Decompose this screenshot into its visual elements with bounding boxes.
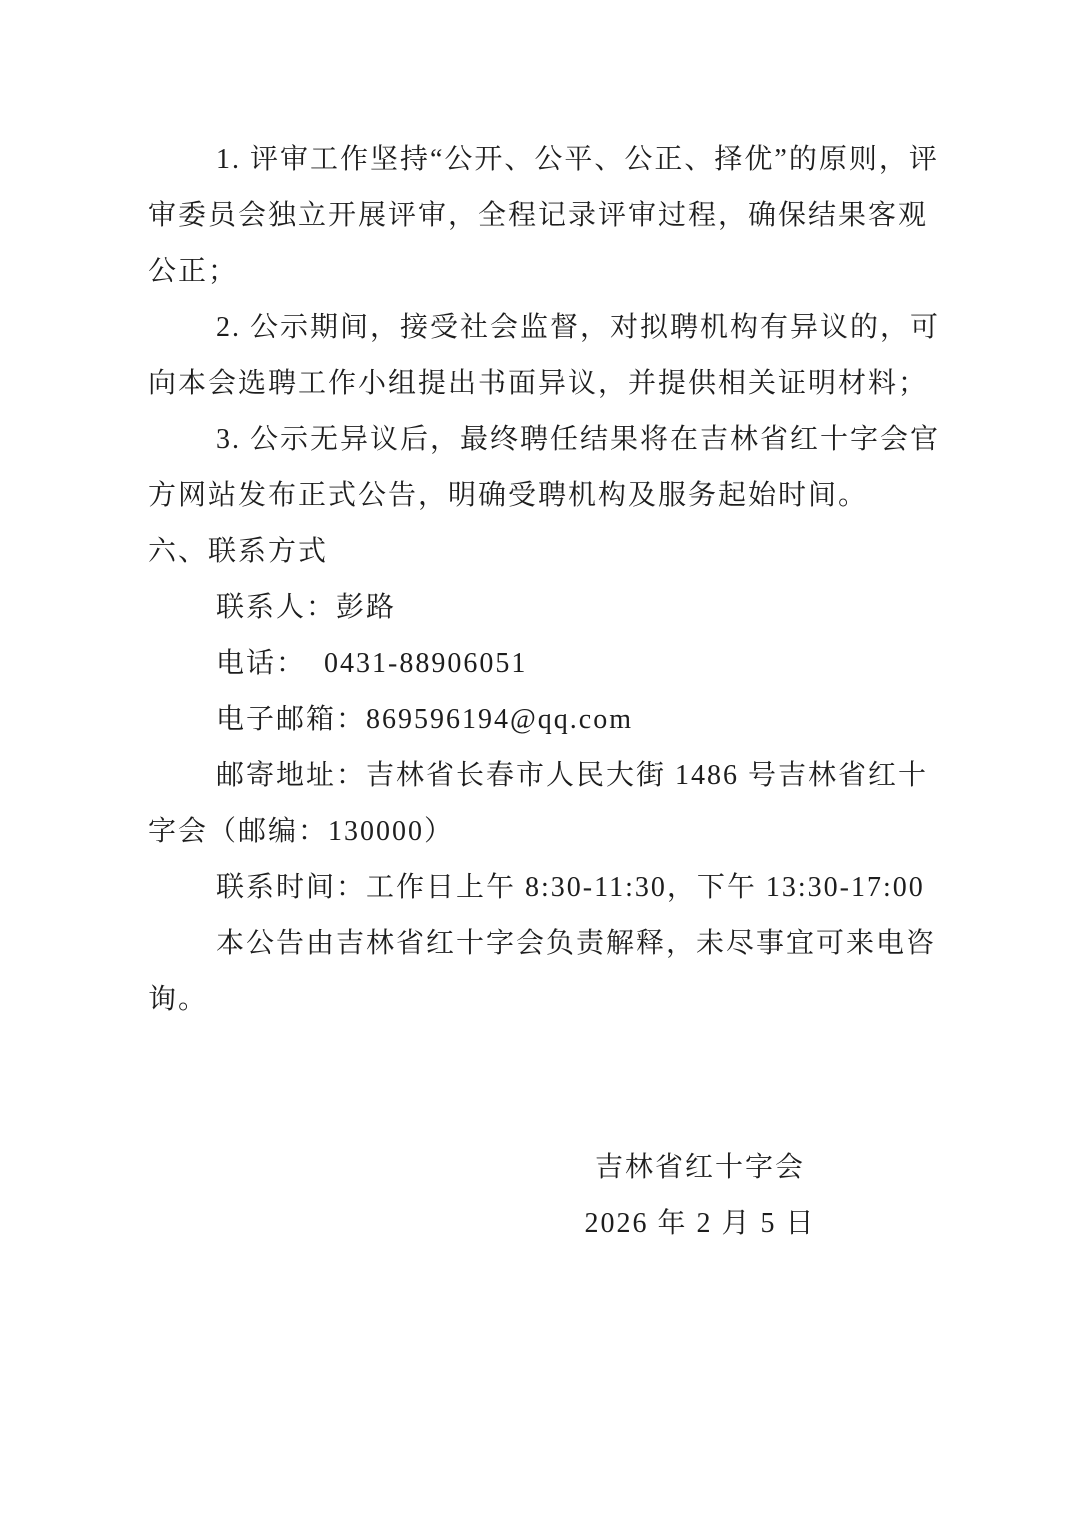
document-line: 审委员会独立开展评审，全程记录评审过程，确保结果客观 [148, 188, 910, 244]
document-line: 询。 [148, 972, 910, 1028]
blank-line [148, 1028, 910, 1084]
document-body: 1. 评审工作坚持“公开、公平、公正、择优”的原则，评审委员会独立开展评审，全程… [148, 132, 910, 1252]
document-line: 六、联系方式 [148, 524, 910, 580]
document-line: 1. 评审工作坚持“公开、公平、公正、择优”的原则，评 [148, 132, 910, 188]
document-line: 本公告由吉林省红十字会负责解释，未尽事宜可来电咨 [148, 916, 910, 972]
document-line: 3. 公示无异议后，最终聘任结果将在吉林省红十字会官 [148, 412, 910, 468]
document-line: 电子邮箱：869596194@qq.com [148, 692, 910, 748]
document-line: 向本会选聘工作小组提出书面异议，并提供相关证明材料； [148, 356, 910, 412]
document-line: 公正； [148, 244, 910, 300]
document-line: 联系人：彭路 [148, 580, 910, 636]
signature-line: 吉林省红十字会 [148, 1140, 910, 1196]
document-page: 1. 评审工作坚持“公开、公平、公正、择优”的原则，评审委员会独立开展评审，全程… [0, 0, 1074, 1520]
document-line: 邮寄地址：吉林省长春市人民大街 1486 号吉林省红十 [148, 748, 910, 804]
document-line: 联系时间：工作日上午 8:30-11:30，下午 13:30-17:00 [148, 860, 910, 916]
document-line: 电话： 0431-88906051 [148, 636, 910, 692]
signature-line: 2026 年 2 月 5 日 [148, 1196, 910, 1252]
document-line: 字会（邮编：130000） [148, 804, 910, 860]
document-line: 方网站发布正式公告，明确受聘机构及服务起始时间。 [148, 468, 910, 524]
blank-line [148, 1084, 910, 1140]
document-line: 2. 公示期间，接受社会监督，对拟聘机构有异议的，可 [148, 300, 910, 356]
